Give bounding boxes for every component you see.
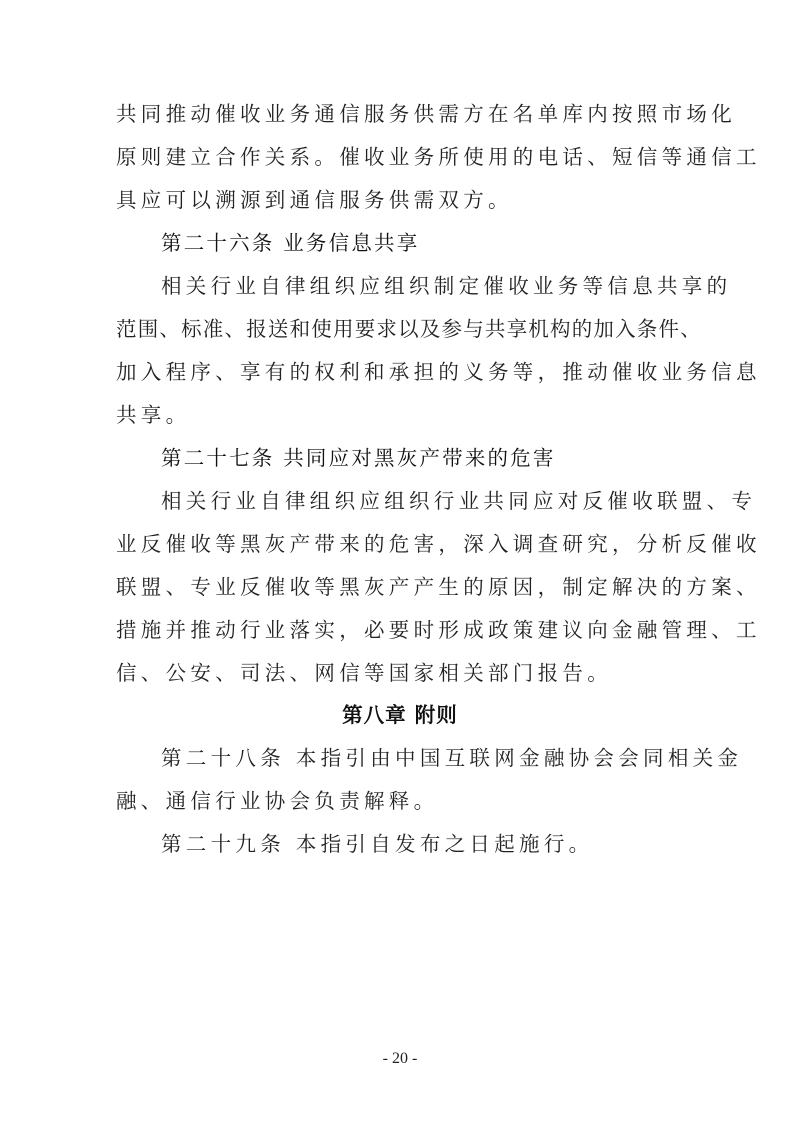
body-text-line: 措施并推动行业落实，必要时形成政策建议向金融管理、工 [116,616,688,644]
body-text-line: 具应可以溯源到通信服务供需双方。 [116,186,688,214]
article-27-heading: 第二十七条 共同应对黑灰产带来的危害 [161,444,733,472]
document-page: 共同推动催收业务通信服务供需方在名单库内按照市场化 原则建立合作关系。催收业务所… [0,0,800,1134]
body-text-line: 范围、标准、报送和使用要求以及参与共享机构的加入条件、 [116,315,688,343]
body-text-line: 融、通信行业协会负责解释。 [116,787,688,815]
page-number: - 20 - [0,1050,800,1068]
article-29-text: 第二十九条 本指引自发布之日起施行。 [161,830,733,858]
body-text-line: 信、公安、司法、网信等国家相关部门报告。 [116,659,688,687]
body-text-line: 原则建立合作关系。催收业务所使用的电话、短信等通信工 [116,143,688,171]
body-text-line: 业反催收等黑灰产带来的危害，深入调查研究，分析反催收 [116,530,688,558]
body-text-line: 联盟、专业反催收等黑灰产产生的原因，制定解决的方案、 [116,573,688,601]
body-text-line: 共同推动催收业务通信服务供需方在名单库内按照市场化 [116,100,688,128]
article-26-heading: 第二十六条 业务信息共享 [161,229,733,257]
body-text-line: 相关行业自律组织应组织制定催收业务等信息共享的 [161,272,733,300]
body-text-line: 共享。 [116,401,688,429]
body-text-line: 相关行业自律组织应组织行业共同应对反催收联盟、专 [161,487,733,515]
body-text-line: 加入程序、享有的权利和承担的义务等，推动催收业务信息 [116,358,688,386]
chapter-8-heading: 第八章 附则 [0,701,800,729]
article-28-text: 第二十八条 本指引由中国互联网金融协会会同相关金 [161,744,733,772]
